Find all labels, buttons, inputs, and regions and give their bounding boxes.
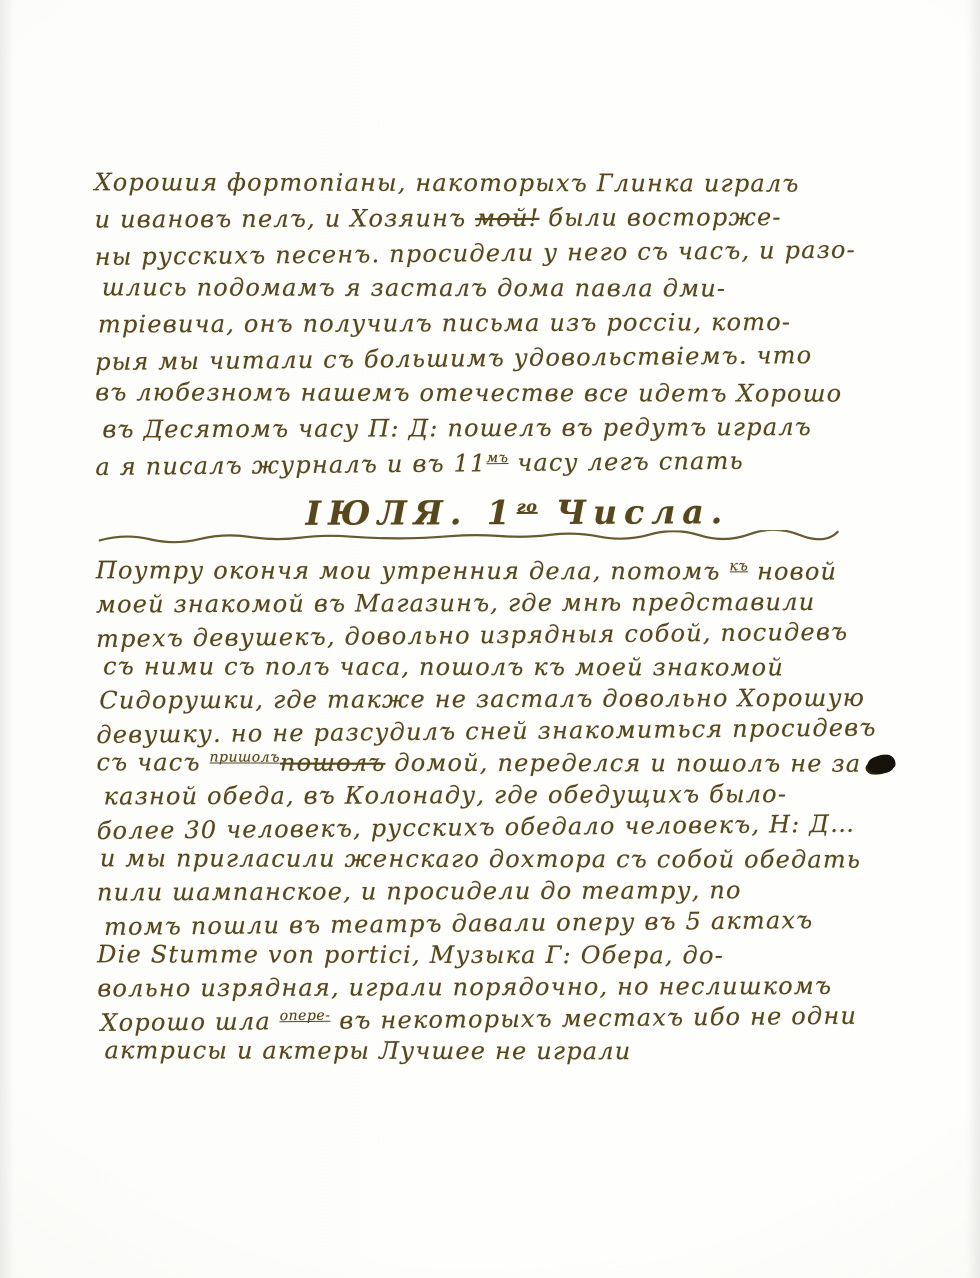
manuscript-line: и мы пригласили женскаго дохтора съ собо… [100,842,921,875]
manuscript-line: Хорошия фортопіаны, накоторыхъ Глинка иг… [94,165,918,201]
manuscript-line: а я писалъ журналъ и въ 11мъ часу легъ с… [95,442,919,485]
text-segment: томъ пошли въ театръ давали оперу въ 5 а… [104,906,814,941]
text-segment: ны русскихъ песенъ. просидели у него съ … [95,236,856,271]
manuscript-line: Сидорушки, где также не засталъ довольно… [99,682,920,717]
manuscript-page: Хорошия фортопіаны, накоторыхъ Глинка иг… [0,0,980,1278]
manuscript-line: трехъ девушекъ, довольно изрядныя собой,… [96,615,920,655]
text-segment: Сидорушки, где также не засталъ довольно… [99,684,865,715]
text-segment: и мы пригласили женскаго дохтора съ собо… [100,844,861,873]
manuscript-line: съ часъ пришолъпошолъ домой, переделся и… [96,746,920,779]
text-segment: домой, переделся и пошолъ не за [385,749,861,778]
superscript-insertion: мъ [486,453,508,464]
text-segment: моей знакомой въ Магазинъ, где мнѣ предс… [96,588,815,619]
text-segment: Хорошия фортопіаны, накоторыхъ Глинка иг… [94,168,799,197]
text-segment: въ Десятомъ часу П: Д: пошелъ въ редутъ … [102,413,812,443]
text-segment: рыя мы читали съ большимъ удовольствіемъ… [95,341,812,376]
text-segment: новой [748,557,837,585]
manuscript-line: и ивановъ пелъ, и Хозяинъ мой! были вост… [95,200,919,238]
struck-word: мой! [475,204,539,232]
text-segment: пили шампанское, и просидели до театру, … [97,876,742,906]
text-segment: съ ними съ полъ часа, пошолъ къ моей зна… [103,652,784,681]
text-segment: тріевича, онъ получилъ письма изъ россіи… [98,308,791,338]
text-segment: съ часъ [96,748,209,776]
text-segment: въ любезномъ нашемъ отечестве все идетъ … [95,378,842,407]
manuscript-line: девушку. но не разсудилъ сней знакомитьс… [96,711,920,751]
text-segment: казной обеда, въ Колонаду, где обедущихъ… [104,780,788,810]
superscript-insertion: къ [729,561,748,572]
text-segment: въ некоторыхъ местахъ ибо не одни [330,1002,857,1035]
manuscript-line: въ Десятомъ часу П: Д: пошелъ въ редутъ … [102,410,919,448]
text-segment: вольно изрядная, играли порядочно, но не… [97,972,832,1003]
struck-word: пошолъ [280,749,386,777]
text-segment: Хорошо шла [100,1007,280,1037]
manuscript-line: казной обеда, въ Колонаду, где обедущихъ… [104,778,921,813]
text-segment: Die Stumme von portici, Музыка Г: Обера,… [97,940,724,969]
superscript-insertion: го [517,502,538,514]
manuscript-line: пили шампанское, и просидели до театру, … [97,874,921,909]
manuscript-text-block: Хорошия фортопіаны, накоторыхъ Глинка иг… [94,165,921,1069]
text-segment: актрисы и актеры Лучшее не играли [104,1036,631,1065]
text-segment: шлись подомамъ я засталъ дома павла дми- [102,273,726,302]
manuscript-line: вольно изрядная, играли порядочно, но не… [97,970,921,1005]
manuscript-line: ны русскихъ песенъ. просидели у него съ … [95,232,919,275]
superscript-insertion: опере- [280,1011,331,1022]
ink-blot-icon [867,756,893,774]
text-segment: и ивановъ пелъ, и Хозяинъ [95,204,476,233]
text-segment: часу легъ спать [508,447,744,477]
manuscript-line: томъ пошли въ театръ давали оперу въ 5 а… [104,903,921,943]
text-segment: Поутру окончя мои утренния дела, потомъ [96,556,730,585]
manuscript-line: моей знакомой въ Магазинъ, где мнѣ предс… [96,586,920,621]
text-segment: трехъ девушекъ, довольно изрядныя собой,… [96,618,848,653]
manuscript-line: актрисы и актеры Лучшее не играли [104,1034,921,1067]
entry-heading-block: ІЮЛЯ. 1го Числа. [96,492,920,547]
text-segment: более 30 человекъ, русскихъ обедало чело… [97,810,856,845]
manuscript-line: более 30 человекъ, русскихъ обедало чело… [97,807,921,847]
text-segment: Числа. [537,492,729,532]
superscript-insertion: пришолъ [209,752,279,763]
manuscript-line: рыя мы читали съ большимъ удовольствіемъ… [95,337,919,380]
previous-entry-section: Хорошия фортопіаны, накоторыхъ Глинка иг… [94,165,919,483]
text-segment: были восторже- [539,203,781,232]
manuscript-line: шлись подомамъ я засталъ дома павла дми- [102,270,919,306]
text-segment: девушку. но не разсудилъ сней знакомитьс… [96,713,876,748]
manuscript-line: въ любезномъ нашемъ отечестве все идетъ … [95,375,919,411]
entry-date-heading: ІЮЛЯ. 1го Числа. [306,492,920,534]
text-segment: а я писалъ журналъ и въ 11 [95,449,486,481]
manuscript-line: Хорошо шла опере- въ некоторыхъ местахъ … [100,999,921,1039]
manuscript-line: Поутру окончя мои утренния дела, потомъ … [96,554,920,587]
manuscript-line: Die Stumme von portici, Музыка Г: Обера,… [97,938,921,971]
entry-body-section: Поутру окончя мои утренния дела, потомъ … [96,554,922,1069]
manuscript-line: тріевича, онъ получилъ письма изъ россіи… [98,305,919,343]
manuscript-line: съ ними съ полъ часа, пошолъ къ моей зна… [103,650,920,683]
text-segment: ІЮЛЯ. 1 [306,493,517,533]
